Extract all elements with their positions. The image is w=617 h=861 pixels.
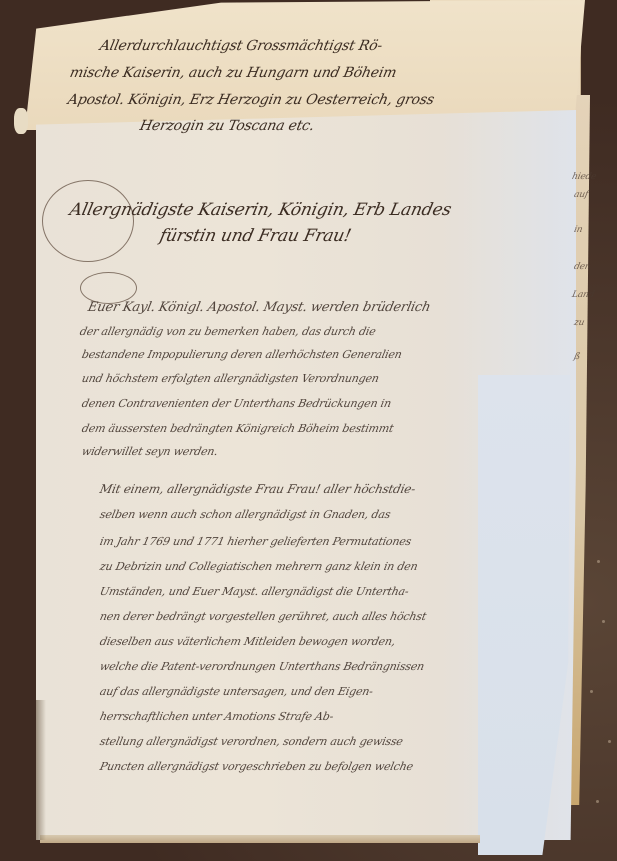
sheet-bottom-edge (40, 835, 480, 843)
initial-flourish (42, 180, 134, 262)
binding-thread (14, 108, 28, 134)
margin-note: hiede (571, 172, 597, 182)
address-line: mische Kaiserin, auch zu Hungarn und Böh… (68, 65, 398, 81)
address-line: Apostol. Königin, Erz Herzogin zu Oester… (66, 92, 435, 108)
margin-note: den (573, 262, 591, 272)
salutation-line: Allergnädigste Kaiserin, Königin, Erb La… (68, 200, 453, 220)
text-line: dem äussersten bedrängten Königreich Böh… (81, 422, 395, 435)
text-line: Mit einem, allergnädigste Frau Frau! all… (99, 482, 417, 496)
table-speck (608, 740, 611, 743)
edge-stain (36, 700, 46, 840)
text-line: widerwillet seyn werden. (81, 445, 219, 458)
margin-note: zu (573, 318, 585, 328)
salutation-line: fürstin und Frau Frau! (158, 226, 353, 246)
address-line: Allerdurchlauchtigst Grossmächtigst Rö- (98, 38, 383, 54)
margin-note: auf (573, 190, 589, 200)
text-line: nen derer bedrängt vorgestellen gerühret… (99, 610, 428, 623)
text-line: auf das allergnädigste untersagen, und d… (99, 685, 375, 698)
text-line: im Jahr 1769 und 1771 hierher gelieferte… (99, 535, 413, 548)
table-speck (596, 800, 599, 803)
text-line: Euer Kayl. Königl. Apostol. Mayst. werde… (86, 300, 431, 315)
address-line: Herzogin zu Toscana etc. (138, 118, 315, 134)
text-line: dieselben aus väterlichem Mitleiden bewo… (99, 635, 397, 648)
text-line: und höchstem erfolgten allergnädigsten V… (81, 372, 381, 385)
text-line: stellung allergnädigst verordnen, sonder… (99, 735, 404, 748)
text-line: zu Debrizin und Collegiatischen mehrern … (99, 560, 419, 573)
text-line: herrschaftlichen unter Amotions Strafe A… (99, 710, 335, 723)
table-speck (597, 560, 600, 563)
text-line: Puncten allergnädigst vorgeschrieben zu … (99, 760, 415, 773)
text-line: bestandene Impopulierung deren allerhöch… (81, 348, 403, 361)
text-line: welche die Patent-verordnungen Unterthan… (99, 660, 426, 673)
text-line: Umständen, und Euer Mayst. allergnädigst… (99, 585, 410, 598)
text-line: der allergnädig von zu bemerken haben, d… (79, 325, 377, 338)
text-line: selben wenn auch schon allergnädigst in … (99, 508, 392, 521)
text-line: denen Contravenienten der Unterthans Bed… (81, 397, 393, 410)
table-speck (590, 690, 593, 693)
table-speck (602, 620, 605, 623)
margin-note: Land (571, 290, 595, 300)
